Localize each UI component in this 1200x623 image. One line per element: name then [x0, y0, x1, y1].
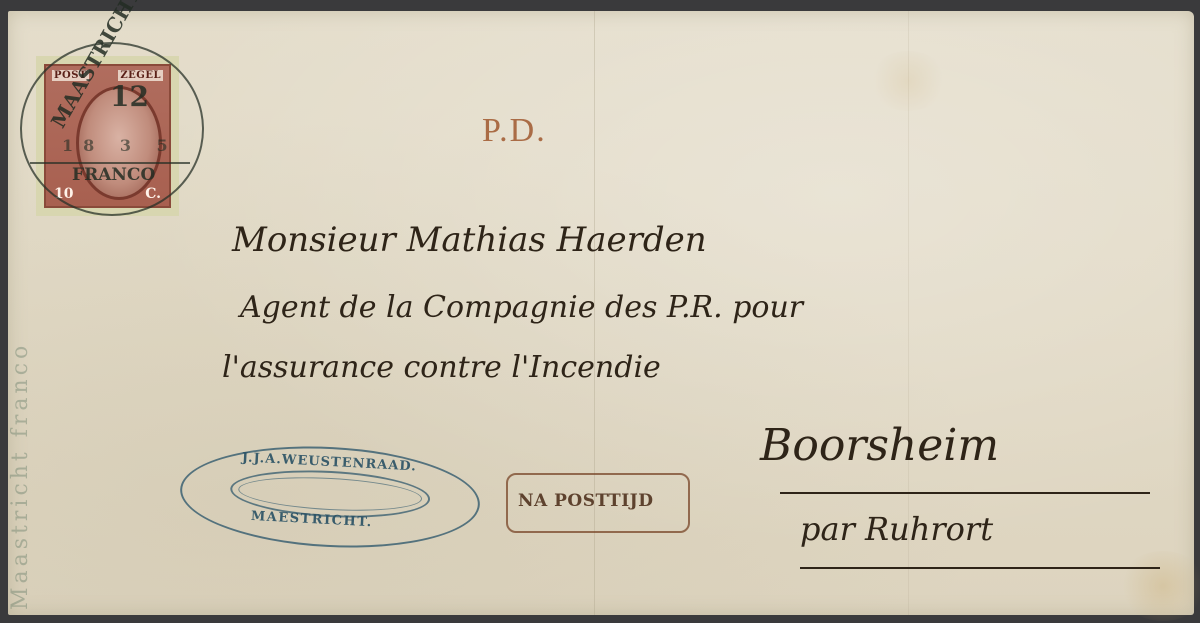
na-posttijd-text: NA POSTTIJD	[518, 491, 653, 511]
stain	[1118, 551, 1200, 621]
stain	[868, 51, 948, 111]
address-via: par Ruhrort	[800, 510, 993, 548]
address-line-2: Agent de la Compagnie des P.R. pour	[240, 290, 803, 325]
postmark-ring	[20, 42, 204, 216]
city-underline	[780, 492, 1150, 494]
via-underline	[800, 567, 1160, 569]
oval-inner-ring-2	[237, 473, 422, 515]
address-line-3: l'assurance contre l'Incendie	[222, 350, 661, 385]
postmark-day: 12	[110, 80, 149, 113]
pd-handstamp: P.D.	[482, 112, 547, 150]
address-city: Boorsheim	[760, 420, 999, 471]
ghost-writing-left-margin: Maastricht franco	[8, 190, 48, 610]
postmark-bar	[30, 162, 190, 164]
address-line-1: Monsieur Mathias Haerden	[232, 220, 707, 260]
na-posttijd-handstamp: NA POSTTIJD	[506, 473, 690, 533]
postmark-franco: FRANCO	[72, 165, 155, 185]
postmark-date: 18 3 5	[62, 136, 178, 155]
